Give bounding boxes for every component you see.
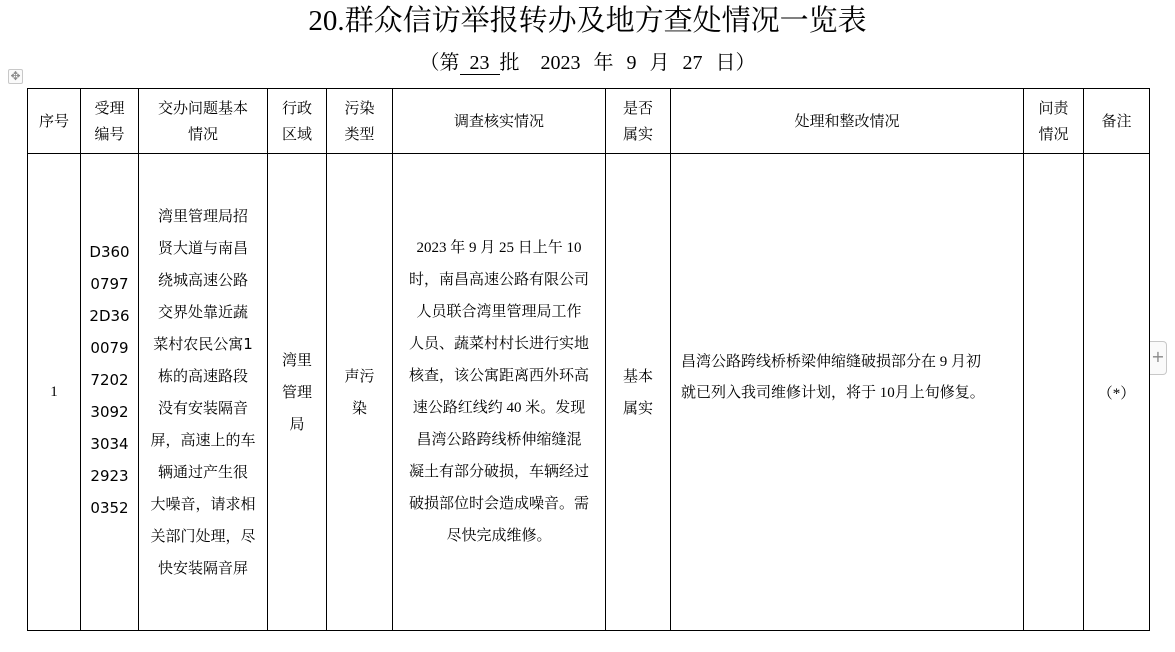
header-rectification: 处理和整改情况: [671, 89, 1024, 154]
header-pollution-type: 污染类型: [327, 89, 393, 154]
header-case-id: 受理编号: [81, 89, 139, 154]
batch-date-line: （第23批 2023 年 9 月 27 日）: [0, 49, 1175, 77]
batch-suffix: 批: [500, 52, 520, 74]
header-investigation: 调查核实情况: [393, 89, 606, 154]
header-seq: 序号: [28, 89, 81, 154]
table-move-handle-icon[interactable]: ✥: [8, 69, 23, 84]
subtitle-open: （第: [420, 52, 460, 74]
month-label: 月: [650, 52, 670, 74]
cell-rectification: 昌湾公路跨线桥桥梁伸缩缝破损部分在 9 月初就已列入我司维修计划，将于 10月上…: [671, 154, 1024, 631]
table-row: 1 D3600797 2D360079 72023092 30342923 03…: [28, 154, 1150, 631]
header-remarks: 备注: [1084, 89, 1150, 154]
year-label: 年: [594, 52, 614, 74]
day-label: 日）: [716, 52, 756, 74]
complaint-table: 序号 受理编号 交办问题基本情况 行政区域 污染类型 调查核实情况 是否属实 处…: [27, 88, 1150, 631]
cell-region: 湾里管理局: [268, 154, 327, 631]
month-value: 9: [627, 52, 637, 74]
batch-number: 23: [460, 52, 500, 75]
header-verified: 是否属实: [606, 89, 671, 154]
header-accountability: 问责情况: [1024, 89, 1084, 154]
header-issue: 交办问题基本情况: [139, 89, 268, 154]
cell-verified: 基本属实: [606, 154, 671, 631]
cell-case-id: D3600797 2D360079 72023092 30342923 0352: [81, 154, 139, 631]
header-row: 序号 受理编号 交办问题基本情况 行政区域 污染类型 调查核实情况 是否属实 处…: [28, 89, 1150, 154]
cell-investigation: 2023 年 9 月 25 日上午 10时，南昌高速公路有限公司 人员联合湾里管…: [393, 154, 606, 631]
document-title: 20.群众信访举报转办及地方查处情况一览表: [0, 2, 1175, 40]
header-region: 行政区域: [268, 89, 327, 154]
add-column-icon[interactable]: +: [1150, 341, 1167, 375]
cell-accountability: [1024, 154, 1084, 631]
day-value: 27: [683, 52, 703, 74]
cell-issue: 湾里管理局招贤大道与南昌 绕城高速公路交界处靠近蔬 菜村农民公寓1栋的高速路段 …: [139, 154, 268, 631]
year-value: 2023: [541, 52, 581, 74]
cell-pollution-type: 声污染: [327, 154, 393, 631]
cell-seq: 1: [28, 154, 81, 631]
cell-remarks: （*）: [1084, 154, 1150, 631]
